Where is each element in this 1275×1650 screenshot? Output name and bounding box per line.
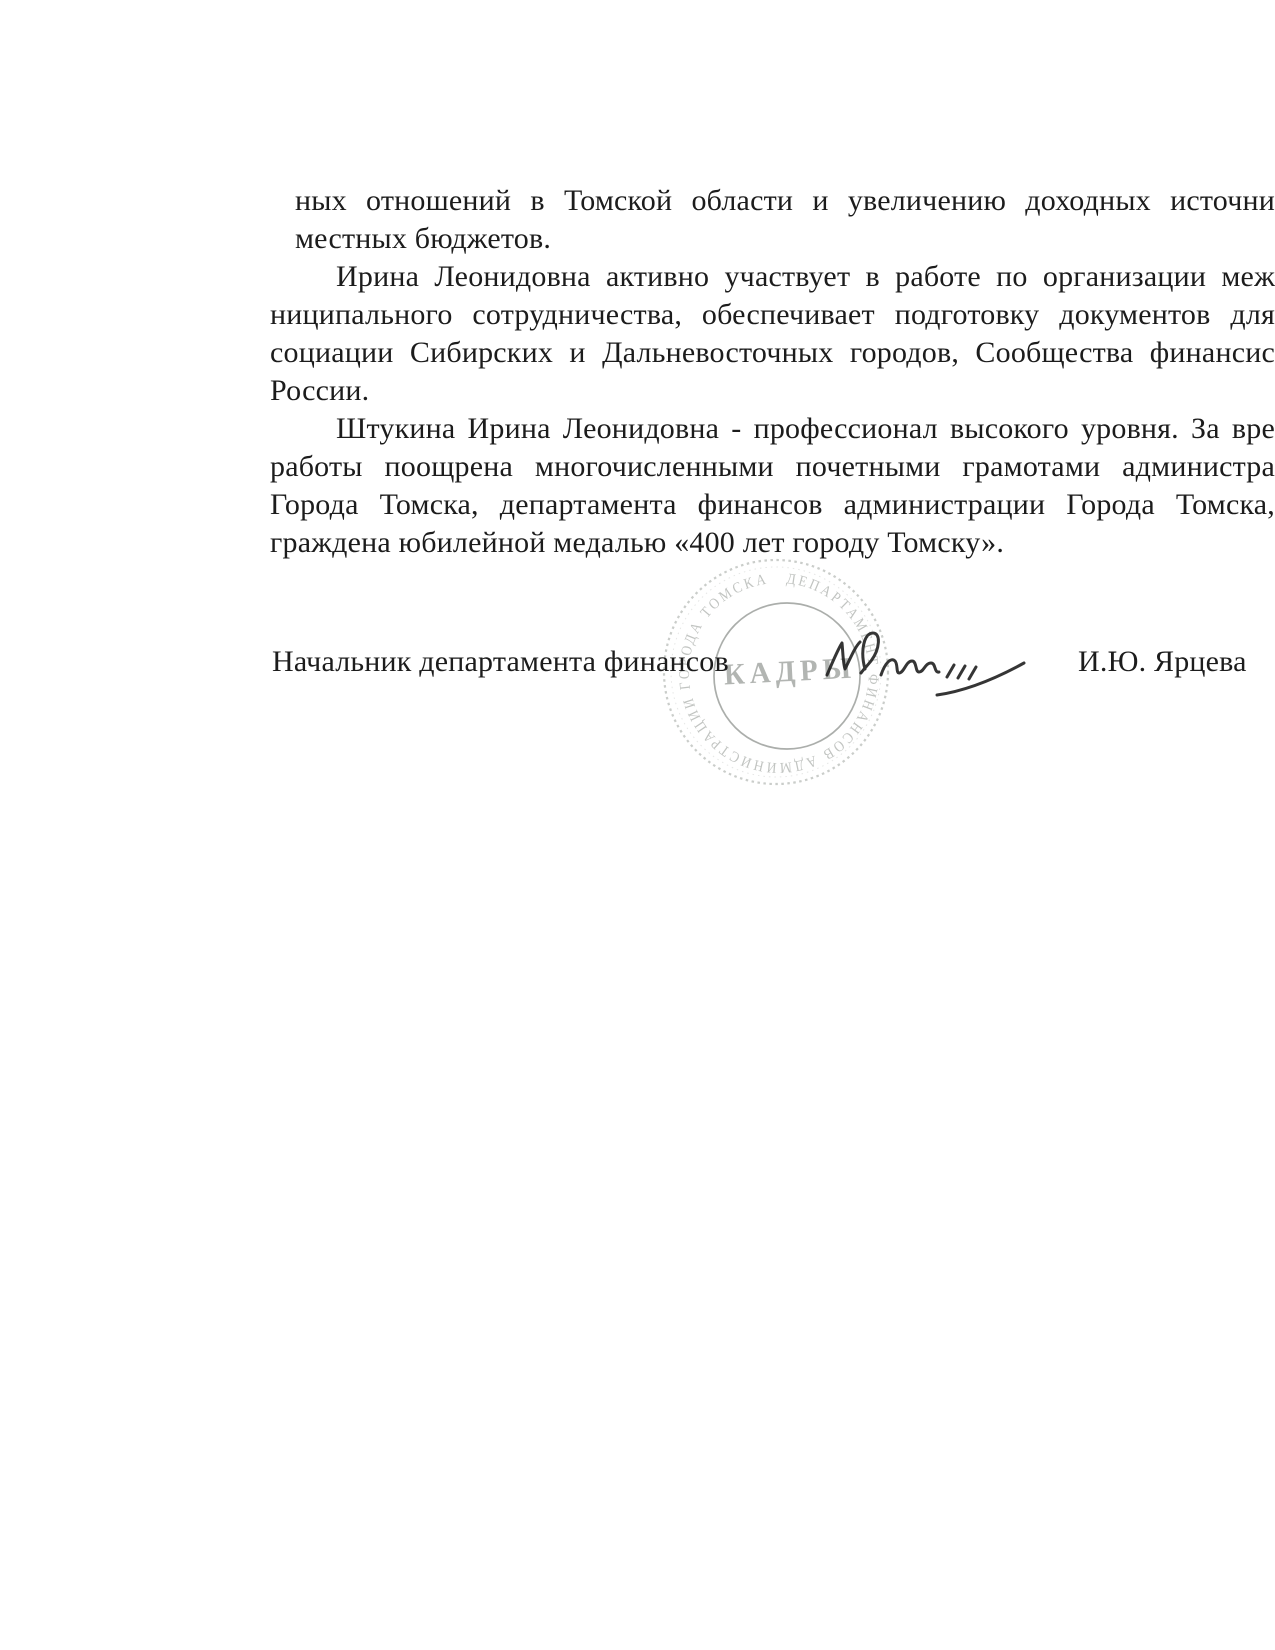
document-line: работы поощрена многочисленными почетным… (270, 448, 1275, 486)
signatory-name: И.Ю. Ярцева (1078, 645, 1247, 679)
handwritten-signature (805, 595, 1035, 705)
document-line: местных бюджетов. (295, 220, 1275, 258)
document-body-text: ных отношений в Томской области и увелич… (270, 182, 1275, 562)
signature-stroke (969, 667, 976, 679)
document-line: ниципального сотрудничества, обеспечивае… (270, 296, 1275, 334)
signature-underline (937, 663, 1024, 695)
document-line: Ирина Леонидовна активно участвует в раб… (270, 258, 1275, 296)
signature-stroke (861, 633, 878, 673)
document-page: ных отношений в Томской области и увелич… (0, 0, 1275, 1650)
document-line: Города Томска, департамента финансов адм… (270, 486, 1275, 524)
document-line: Штукина Ирина Леонидовна - профессионал … (270, 410, 1275, 448)
signature-stroke (947, 665, 954, 677)
signature-stroke (958, 666, 965, 678)
document-line: ных отношений в Томской области и увелич… (295, 182, 1275, 220)
document-line: России. (270, 372, 1275, 410)
signature-row-title: Начальник департамента финансов (272, 645, 729, 679)
signature-stroke (827, 642, 860, 675)
document-line: социации Сибирских и Дальневосточных гор… (270, 334, 1275, 372)
signature-stroke (881, 660, 939, 675)
